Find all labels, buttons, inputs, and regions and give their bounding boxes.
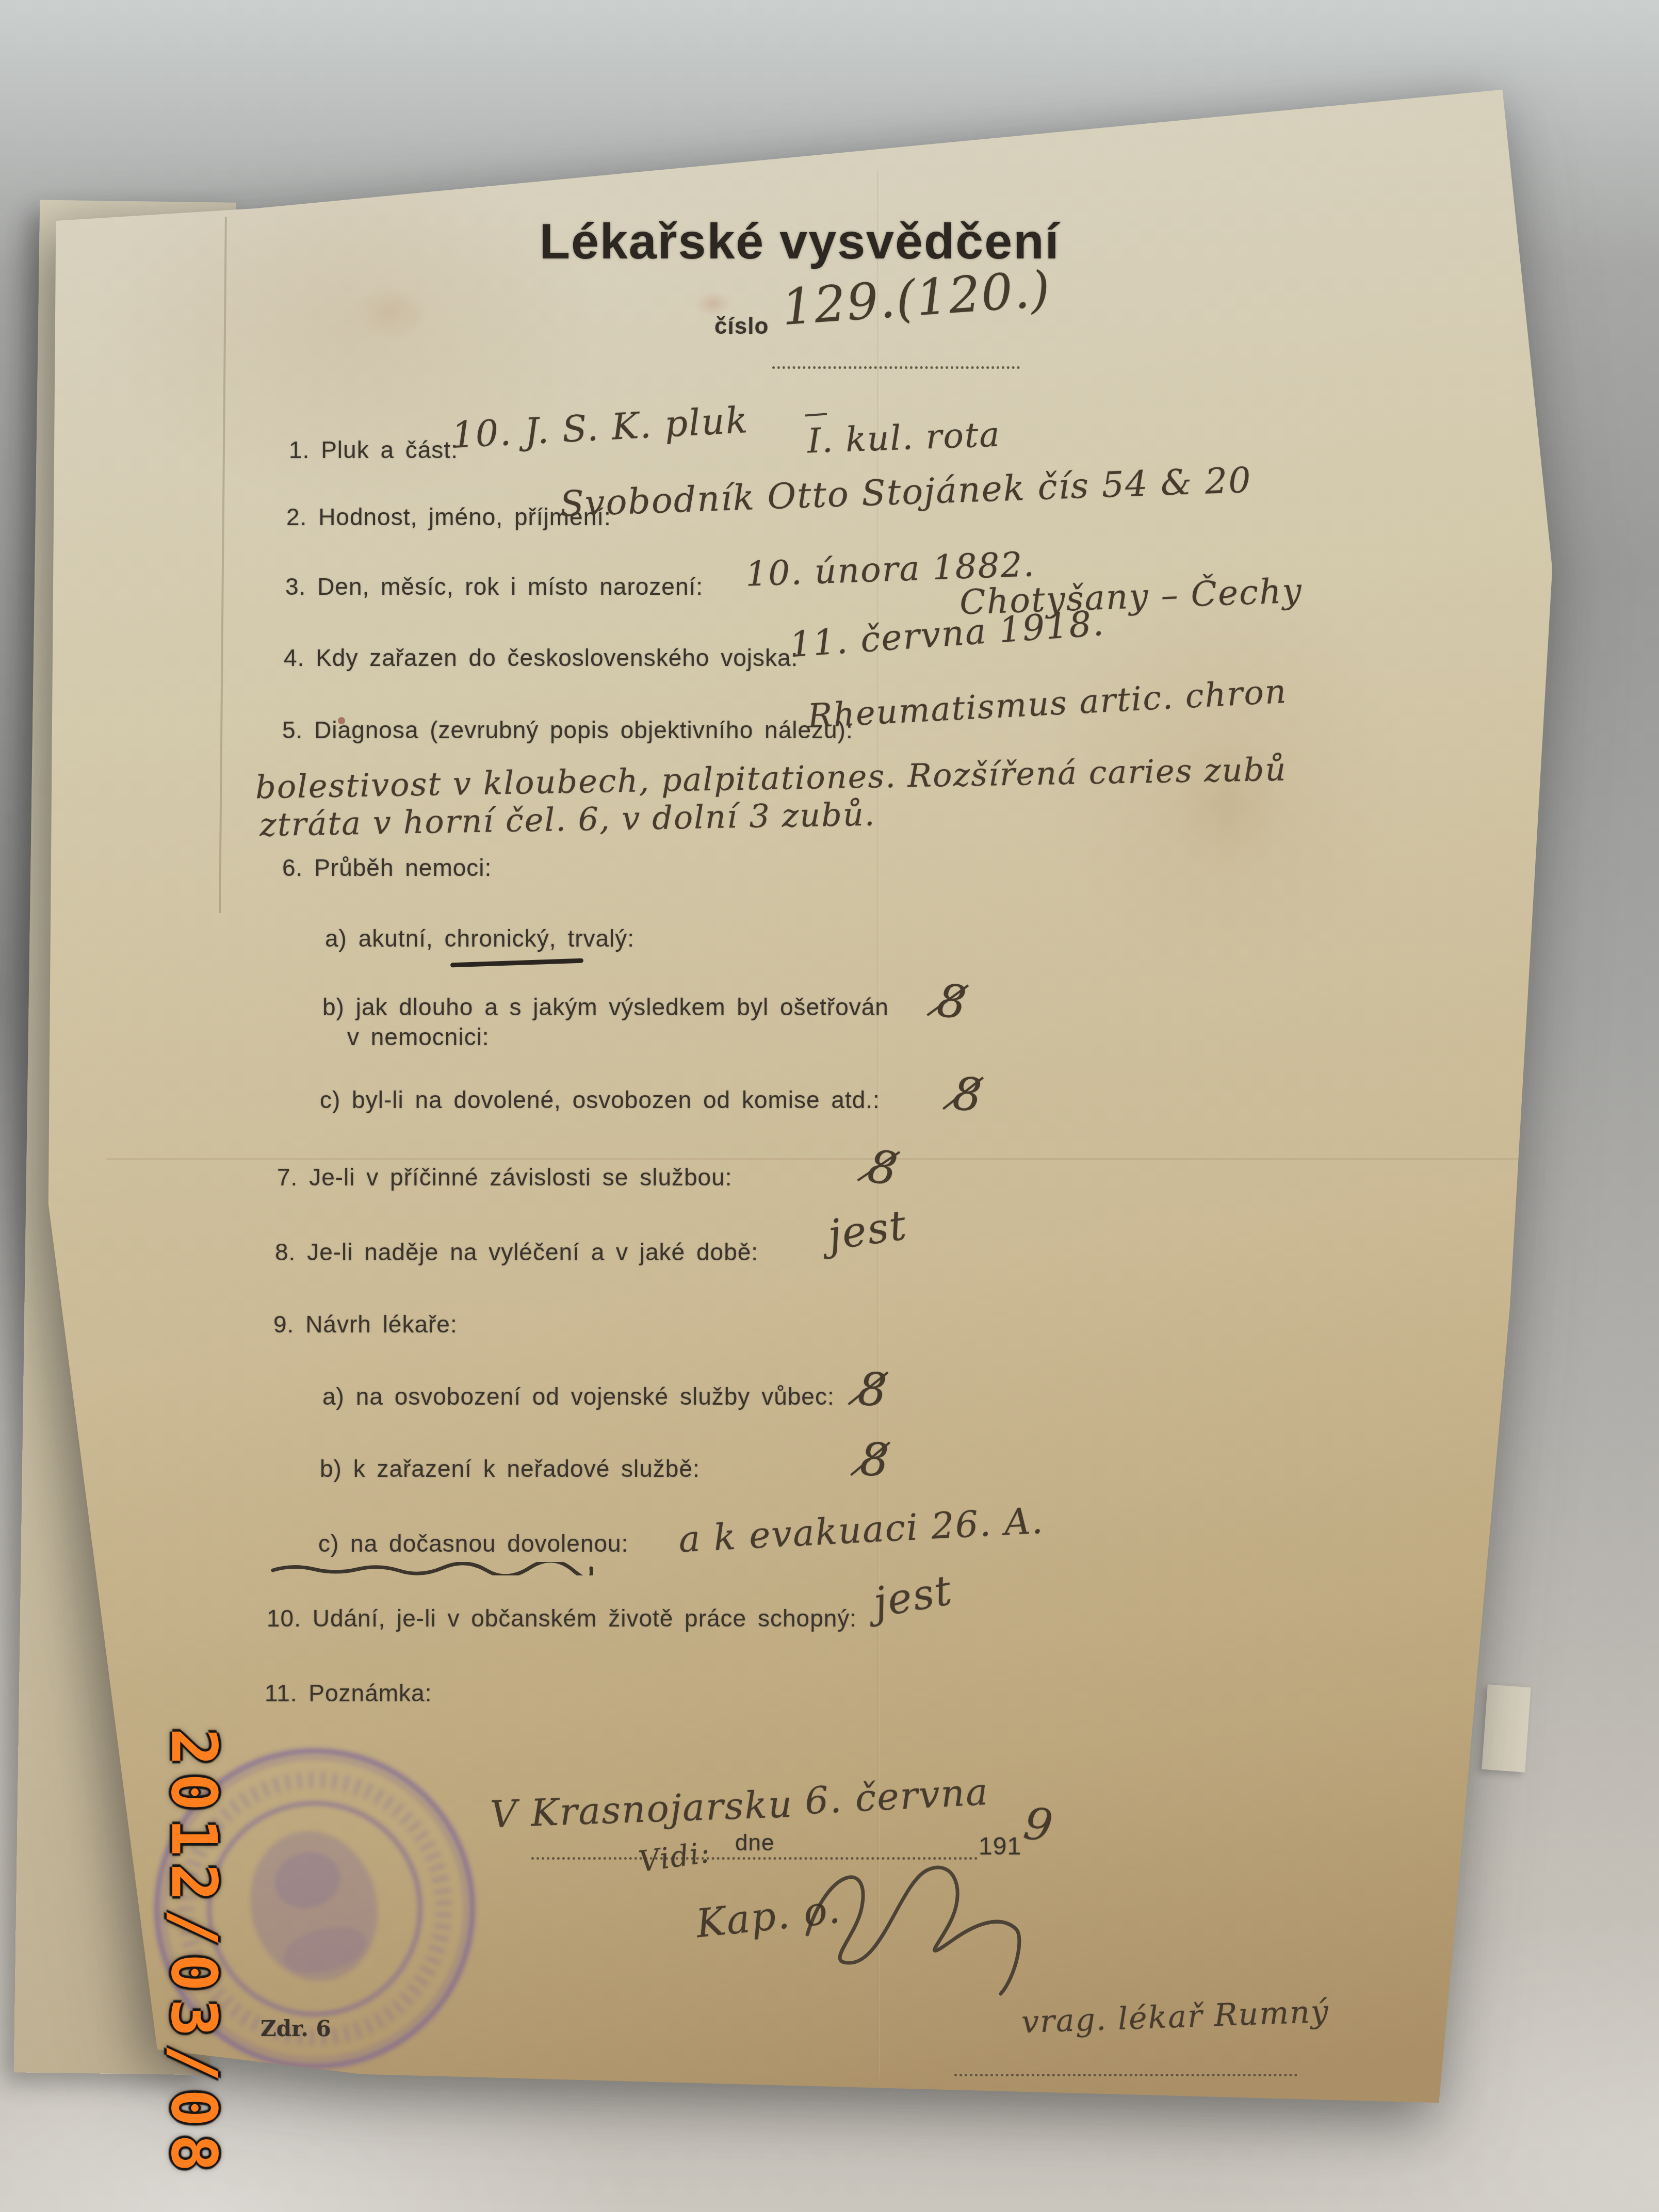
overline-mark bbox=[805, 413, 827, 417]
item3-label: 3. Den, měsíc, rok i místo narození: bbox=[285, 573, 703, 600]
item1-label: 1. Pluk a část: bbox=[289, 436, 458, 464]
signature-dotted-line bbox=[954, 2043, 1297, 2076]
item9-label: 9. Návrh lékaře: bbox=[273, 1310, 458, 1338]
pen-wavy-underline bbox=[271, 1562, 593, 1575]
item7-none-mark: 8̸ bbox=[865, 1139, 902, 1196]
document-page: Lékařské vysvědčení číslo 129.(120.) 1. … bbox=[44, 77, 1555, 2125]
item6-label: 6. Průběh nemoci: bbox=[282, 854, 492, 882]
camera-date-stamp: 2012/03/08 bbox=[157, 1728, 231, 2180]
date-handwritten: 6. června bbox=[804, 1770, 990, 1823]
item9a-label: a) na osvobození od vojenské služby vůbe… bbox=[322, 1382, 835, 1410]
item10-value-handwritten: jest bbox=[870, 1566, 956, 1627]
item9a-none-mark: 8̸ bbox=[856, 1362, 889, 1417]
item2-value-handwritten: Svobodník Otto Stojánek čís 54 & 20 bbox=[559, 460, 1253, 525]
document-wrapper: Lékařské vysvědčení číslo 129.(120.) 1. … bbox=[0, 0, 1659, 2212]
item4-value-handwritten: 11. června 1918. bbox=[788, 603, 1106, 665]
horizontal-crease bbox=[106, 1158, 1519, 1160]
item8-label: 8. Je-li naděje na vyléčení a v jaké dob… bbox=[275, 1238, 758, 1266]
item1-value2-handwritten: I. kul. rota bbox=[807, 414, 1001, 461]
item10-label: 10. Udání, je-li v občanském životě prác… bbox=[267, 1604, 857, 1632]
item11-label: 11. Poznámka: bbox=[265, 1679, 432, 1707]
dne-label: dne bbox=[735, 1830, 774, 1856]
item9b-label: b) k zařazení k neřadové službě: bbox=[320, 1455, 700, 1483]
cislo-dotted-line bbox=[772, 335, 1020, 369]
item8-value-handwritten: jest bbox=[825, 1201, 910, 1259]
item9c-value-handwritten: a k evakuaci 26. A. bbox=[677, 1500, 1045, 1561]
cislo-value-handwritten: 129.(120.) bbox=[780, 260, 1053, 336]
item6a-post: trvalý: bbox=[567, 925, 635, 952]
item9c-label: c) na dočasnou dovolenou: bbox=[318, 1530, 628, 1557]
item6a-chronicky: chronický, bbox=[445, 925, 557, 952]
item7-label: 7. Je-li v příčinné závislosti se službo… bbox=[277, 1163, 733, 1191]
item6c-none-mark: 8̸ bbox=[951, 1067, 984, 1122]
item5-label: 5. Diagnosa (zevrubný popis objektivního… bbox=[282, 716, 853, 744]
item1-value-handwritten: 10. J. S. K. pluk bbox=[450, 399, 750, 457]
item6b-label-line2: v nemocnici: bbox=[347, 1023, 490, 1051]
pen-underline-chronicky bbox=[450, 958, 583, 968]
document-title: Lékařské vysvědčení bbox=[44, 213, 1555, 270]
form-code: Zdr. 6 bbox=[261, 2016, 331, 2041]
year-handwritten: 9 bbox=[1020, 1798, 1056, 1853]
item6c-label: c) byl-li na dovolené, osvobozen od komi… bbox=[320, 1086, 880, 1114]
item4-label: 4. Kdy zařazen do československého vojsk… bbox=[284, 644, 798, 672]
item6b-none-mark: 8̸ bbox=[935, 973, 970, 1029]
doctor-signature-handwritten: vrag. lékař Rumný bbox=[1021, 1994, 1330, 2041]
item6b-label-line1: b) jak dlouho a s jakým výsledkem byl oš… bbox=[322, 993, 889, 1021]
paper-stain bbox=[353, 284, 431, 340]
item6a-pre: a) akutní, bbox=[325, 925, 433, 952]
fold-crease bbox=[219, 217, 227, 913]
item6a-label: a) akutní, chronický, trvalý: bbox=[325, 924, 635, 952]
paper-stain bbox=[695, 291, 731, 316]
signature-scrawl bbox=[794, 1847, 1032, 2002]
camera-date-text: 2012/03/08 bbox=[157, 1728, 231, 2180]
item9b-none-mark: 8̸ bbox=[859, 1433, 891, 1487]
cislo-label: číslo bbox=[714, 314, 769, 339]
